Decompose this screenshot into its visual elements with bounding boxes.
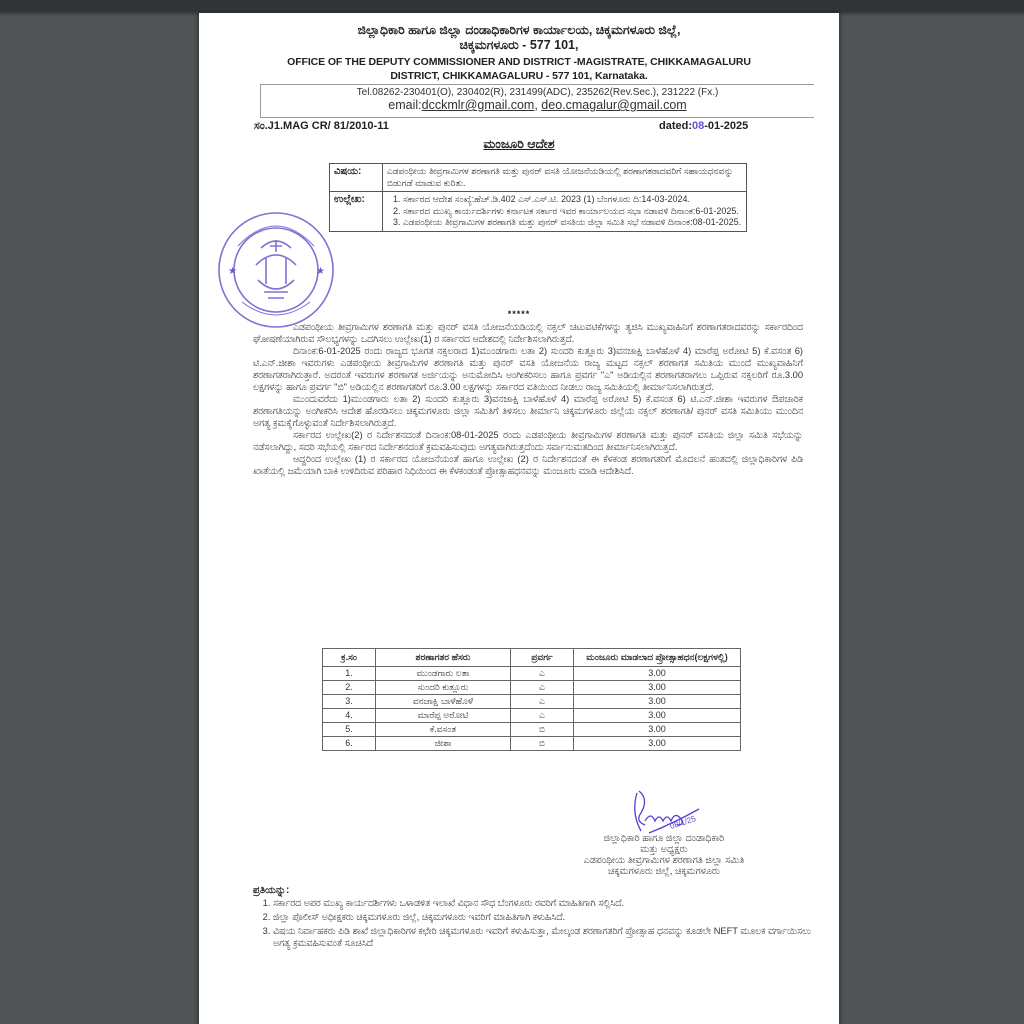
- reference-item: ಸರ್ಕಾರದ ಮುಖ್ಯ ಕಾರ್ಯದರ್ಶಿಗಳು ಕರ್ನಾಟಕ ಸರ್ಕ…: [403, 206, 742, 218]
- cell-category: ಎ: [511, 709, 574, 723]
- subject-text: ಎಡಪಂಥೀಯ ತೀವ್ರಗಾಮಿಗಳ ಶರಣಾಗತಿ ಮತ್ತು ಪುನರ್ …: [383, 164, 747, 192]
- cell-amount: 3.00: [574, 737, 741, 751]
- beneficiary-table-body: 1.ಮುಂಡಗಾರು ಲತಾಎ3.002.ಸುಂದರಿ ಕುತ್ಲೂರುಎ3.0…: [323, 667, 741, 751]
- signatory-line: ಚಿಕ್ಕಮಗಳೂರು ಜಿಲ್ಲೆ, ಚಿಕ್ಕಮಗಳೂರು: [499, 866, 829, 877]
- reference-list: ಸರ್ಕಾರದ ಆದೇಶ ಸಂಖ್ಯೆ:ಹೆಚ್.ಡಿ.402 ಎಸ್.ಎಸ್.…: [387, 194, 742, 229]
- dated-handwritten-day: 08: [692, 120, 704, 132]
- col-header-category: ಪ್ರವರ್ಗ: [511, 649, 574, 667]
- copy-recipient: ಸರ್ಕಾರದ ಅಪರ ಮುಖ್ಯ ಕಾರ್ಯದರ್ಶಿಗಳು ಒಳಾಡಳಿತ …: [273, 897, 823, 909]
- cell-name: ಜೀಶಾ: [376, 737, 511, 751]
- cell-amount: 3.00: [574, 709, 741, 723]
- viewer-toolbar: [0, 0, 1024, 12]
- cell-name: ಮಾರೆಪ್ಪ ಅರೋಟಿ: [376, 709, 511, 723]
- cell-amount: 3.00: [574, 681, 741, 695]
- body-paragraph: ಎಡಪಂಥೀಯ ತೀವ್ರಗಾಮಿಗಳ ಶರಣಾಗತಿ ಮತ್ತು ಪುನರ್ …: [253, 321, 803, 345]
- reference-item: ಸರ್ಕಾರದ ಆದೇಶ ಸಂಖ್ಯೆ:ಹೆಚ್.ಡಿ.402 ಎಸ್.ಎಸ್.…: [403, 194, 742, 206]
- cell-amount: 3.00: [574, 723, 741, 737]
- col-header-sno: ಕ್ರ.ಸಂ: [323, 649, 376, 667]
- copies-list: ಸರ್ಕಾರದ ಅಪರ ಮುಖ್ಯ ಕಾರ್ಯದರ್ಶಿಗಳು ಒಳಾಡಳಿತ …: [253, 897, 823, 951]
- contact-box: Tel.08262-230401(O), 230402(R), 231499(A…: [260, 84, 814, 118]
- body-paragraph: ದಿನಾಂಕ:6-01-2025 ರಂದು ರಾಜ್ಯದ ಭೂಗತ ನಕ್ಸಲರ…: [253, 345, 803, 393]
- phone-numbers: Tel.08262-230401(O), 230402(R), 231499(A…: [261, 87, 814, 98]
- order-title: ಮಂಜೂರಿ ಆದೇಶ: [199, 137, 839, 152]
- cell-name: ಕೆ.ವಸಂತ: [376, 723, 511, 737]
- body-paragraph: ಮುಂದುವರೆದು 1)ಮುಂಡಗಾರು ಲತಾ 2) ಸುಂದರಿ ಕುತ್…: [253, 393, 803, 429]
- email-link-deo[interactable]: deo.cmagalur@gmail.com: [541, 98, 686, 112]
- dated: dated:08-01-2025: [659, 120, 748, 132]
- cell-sno: 6.: [323, 737, 376, 751]
- email-link-dc[interactable]: dcckmlr@gmail.com: [422, 98, 535, 112]
- reference-number: ಸಂ.J1.MAG CR/ 81/2010-11: [254, 120, 389, 133]
- section-separator: *****: [199, 309, 839, 319]
- table-row: 3.ವನಜಾಕ್ಷಿ ಬಾಳೆಹೊಳೆಎ3.00: [323, 695, 741, 709]
- body-paragraph: ಸರ್ಕಾರದ ಉಲ್ಲೇಖ(2) ರ ನಿರ್ದೇಶನದಂತೆ ದಿನಾಂಕ:…: [253, 429, 803, 453]
- document-page: ಜಿಲ್ಲಾಧಿಕಾರಿ ಹಾಗೂ ಜಿಲ್ಲಾ ದಂಡಾಧಿಕಾರಿಗಳ ಕಾ…: [199, 13, 839, 1024]
- signatory-line: ಮತ್ತು ಅಧ್ಯಕ್ಷರು: [499, 844, 829, 855]
- cell-amount: 3.00: [574, 695, 741, 709]
- svg-text:★: ★: [316, 266, 325, 277]
- body-paragraph: ಆದ್ದರಿಂದ ಉಲ್ಲೇಖ (1) ರ ಸರ್ಕಾರದ ಯೋಜನೆಯಂತೆ …: [253, 453, 803, 477]
- reference-label: ಉಲ್ಲೇಖ:: [330, 192, 383, 232]
- cell-category: ಎ: [511, 681, 574, 695]
- table-row: 6.ಜೀಶಾಬಿ3.00: [323, 737, 741, 751]
- dated-label: dated:: [659, 120, 692, 132]
- order-body: ಎಡಪಂಥೀಯ ತೀವ್ರಗಾಮಿಗಳ ಶರಣಾಗತಿ ಮತ್ತು ಪುನರ್ …: [253, 321, 803, 477]
- signatory-block: ಜಿಲ್ಲಾಧಿಕಾರಿ ಹಾಗೂ ಜಿಲ್ಲಾ ದಂಡಾಧಿಕಾರಿ ಮತ್ತ…: [499, 833, 829, 877]
- subject-label: ವಿಷಯ:: [330, 164, 383, 192]
- cell-amount: 3.00: [574, 667, 741, 681]
- copies-title: ಪ್ರತಿಯನ್ನು:: [253, 885, 289, 896]
- table-row: 2.ಸುಂದರಿ ಕುತ್ಲೂರುಎ3.00: [323, 681, 741, 695]
- svg-text:★: ★: [228, 266, 237, 277]
- cell-sno: 1.: [323, 667, 376, 681]
- email-label: email:: [388, 98, 421, 112]
- cell-category: ಎ: [511, 695, 574, 709]
- header-kannada-line1: ಜಿಲ್ಲಾಧಿಕಾರಿ ಹಾಗೂ ಜಿಲ್ಲಾ ದಂಡಾಧಿಕಾರಿಗಳ ಕಾ…: [199, 23, 839, 38]
- table-row: 1.ಮುಂಡಗಾರು ಲತಾಎ3.00: [323, 667, 741, 681]
- cell-category: ಬಿ: [511, 737, 574, 751]
- copy-recipient: ಜಿಲ್ಲಾ ಪೊಲೀಸ್ ಅಧೀಕ್ಷಕರು ಚಿಕ್ಕಮಗಳೂರು ಜಿಲ್…: [273, 911, 823, 923]
- table-row: 5.ಕೆ.ವಸಂತಬಿ3.00: [323, 723, 741, 737]
- cell-name: ಸುಂದರಿ ಕುತ್ಲೂರು: [376, 681, 511, 695]
- reference-item: ಎಡಪಂಥೀಯ ತೀವ್ರಗಾಮಿಗಳ ಶರಣಾಗತಿ ಮತ್ತು ಪುನರ್ …: [403, 217, 742, 229]
- dated-rest: -01-2025: [704, 120, 748, 132]
- subject-reference-table: ವಿಷಯ: ಎಡಪಂಥೀಯ ತೀವ್ರಗಾಮಿಗಳ ಶರಣಾಗತಿ ಮತ್ತು …: [329, 163, 747, 232]
- header-kannada-line2: ಚಿಕ್ಕಮಗಳೂರು - 577 101,: [199, 38, 839, 53]
- table-header-row: ಕ್ರ.ಸಂ ಶರಣಾಗತರ ಹೆಸರು ಪ್ರವರ್ಗ ಮಂಜೂರು ಮಾಡಲ…: [323, 649, 741, 667]
- col-header-name: ಶರಣಾಗತರ ಹೆಸರು: [376, 649, 511, 667]
- cell-sno: 4.: [323, 709, 376, 723]
- cell-category: ಎ: [511, 667, 574, 681]
- header-english-line2: DISTRICT, CHIKKAMAGALURU - 577 101, Karn…: [199, 70, 839, 82]
- signatory-line: ಎಡಪಂಥೀಯ ತೀವ್ರಗಾಮಿಗಳ ಶರಣಾಗತಿ ಜಿಲ್ಲಾ ಸಮಿತಿ: [499, 855, 829, 866]
- cell-sno: 2.: [323, 681, 376, 695]
- cell-name: ವನಜಾಕ್ಷಿ ಬಾಳೆಹೊಳೆ: [376, 695, 511, 709]
- cell-sno: 5.: [323, 723, 376, 737]
- cell-category: ಬಿ: [511, 723, 574, 737]
- signatory-line: ಜಿಲ್ಲಾಧಿಕಾರಿ ಹಾಗೂ ಜಿಲ್ಲಾ ದಂಡಾಧಿಕಾರಿ: [499, 833, 829, 844]
- col-header-amount: ಮಂಜೂರು ಮಾಡಲಾದ ಪ್ರೋತ್ಸಾಹಧನ(ಲಕ್ಷಗಳಲ್ಲಿ): [574, 649, 741, 667]
- cell-sno: 3.: [323, 695, 376, 709]
- reference-list-cell: ಸರ್ಕಾರದ ಆದೇಶ ಸಂಖ್ಯೆ:ಹೆಚ್.ಡಿ.402 ಎಸ್.ಎಸ್.…: [383, 192, 747, 232]
- table-row: 4.ಮಾರೆಪ್ಪ ಅರೋಟಿಎ3.00: [323, 709, 741, 723]
- beneficiary-table: ಕ್ರ.ಸಂ ಶರಣಾಗತರ ಹೆಸರು ಪ್ರವರ್ಗ ಮಂಜೂರು ಮಾಡಲ…: [322, 648, 741, 751]
- cell-name: ಮುಂಡಗಾರು ಲತಾ: [376, 667, 511, 681]
- copy-recipient: ವಿಷಯ ನಿರ್ವಾಹಕರು ಪಿಡಿ ಶಾಖೆ ಜಿಲ್ಲಾಧಿಕಾರಿಗಳ…: [273, 925, 823, 949]
- header-english-line1: OFFICE OF THE DEPUTY COMMISSIONER AND DI…: [199, 56, 839, 68]
- email-line: email:dcckmlr@gmail.com, deo.cmagalur@gm…: [261, 98, 814, 112]
